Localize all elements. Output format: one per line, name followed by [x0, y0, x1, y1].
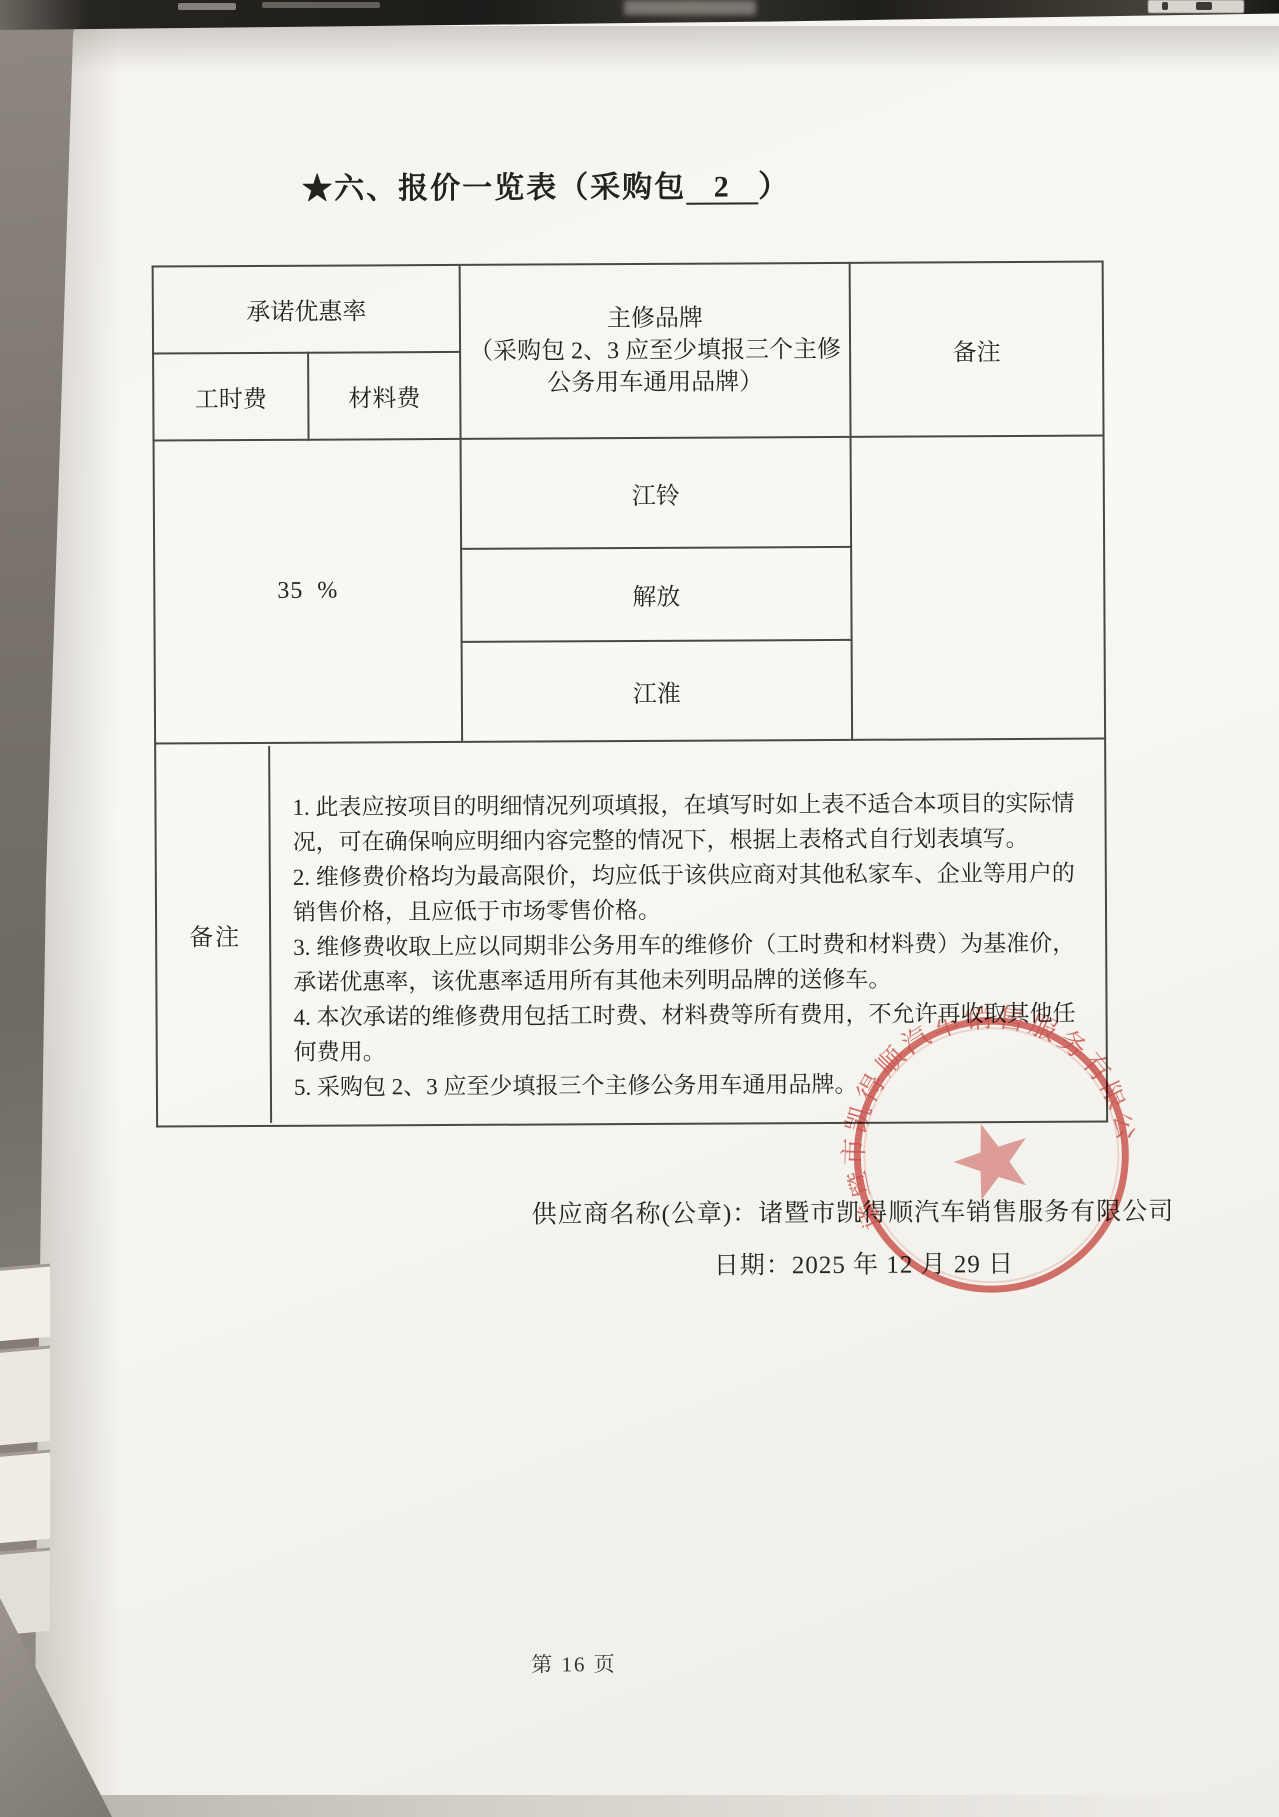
page-title-text: ★六、报价一览表（采购包 — [302, 171, 686, 206]
page-title: ★六、报价一览表（采购包2） — [0, 160, 1096, 210]
date-label: 日期： — [714, 1252, 792, 1279]
scanned-document: ★六、报价一览表（采购包2） 承诺优惠率 主修品牌 （采购包 2、3 应至少填报… — [0, 0, 1279, 1817]
photo-top-mark — [262, 2, 380, 8]
photo-paper-stack — [0, 1252, 50, 1640]
note-item: 1. 此表应按项目的明细情况列项填报，在填写时如上表不适合本项目的实际情况，可在… — [292, 786, 1086, 860]
material-fee-header-cell: 材料费 — [308, 352, 460, 440]
photo-top-corner-fragment — [1196, 2, 1212, 10]
brand-cell: 解放 — [461, 547, 851, 642]
quotation-table: 承诺优惠率 主修品牌 （采购包 2、3 应至少填报三个主修公务用车通用品牌） 备… — [152, 261, 1109, 1128]
photo-bottom-edge — [0, 1795, 1279, 1817]
labor-fee-header-cell: 工时费 — [153, 353, 308, 441]
brand-header-note: （采购包 2、3 应至少填报三个主修公务用车通用品牌） — [465, 334, 845, 400]
page-number: 第 16 页 — [4, 1645, 1144, 1681]
discount-rate-header-cell: 承诺优惠率 — [153, 265, 460, 354]
photo-top-mark — [178, 3, 236, 10]
photo-top-corner-fragment — [1162, 2, 1168, 10]
brand-cell: 江淮 — [462, 640, 853, 742]
remark-header-cell: 备注 — [850, 262, 1104, 437]
photo-top-mark — [624, 0, 756, 15]
note-item: 3. 维修费收取上应以同期非公务用车的维修价（工时费和材料费）为基准价，承诺优惠… — [293, 926, 1087, 1000]
brand-cell: 江铃 — [461, 437, 852, 549]
remark-label-cell: 备注 — [160, 746, 272, 1124]
discount-value-cell: 35 % — [154, 439, 463, 744]
package-number-blank: 2 — [686, 172, 758, 204]
supplier-label: 供应商名称(公章)： — [532, 1200, 759, 1228]
brand-header-title: 主修品牌 — [465, 302, 845, 336]
page-title-suffix: ） — [758, 170, 790, 203]
brand-header-cell: 主修品牌 （采购包 2、3 应至少填报三个主修公务用车通用品牌） — [460, 263, 851, 439]
remark-empty-cell — [851, 436, 1106, 740]
stamp-star-icon — [945, 1112, 1040, 1205]
note-item: 2. 维修费价格均为最高限价，均应低于该供应商对其他私家车、企业等用户的销售价格… — [293, 856, 1087, 930]
